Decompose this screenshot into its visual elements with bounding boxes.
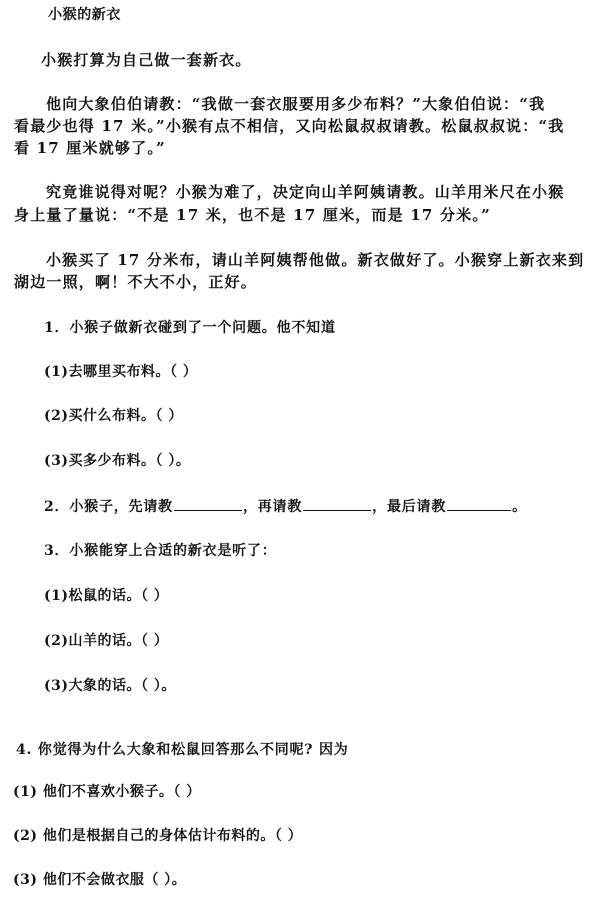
question-3-option-2: (2)山羊的话。（ ） (44, 631, 168, 651)
question-2-part-4: 。 (512, 499, 527, 515)
story-paragraph-2-line-1: 他向大象伯伯请教：“我做一套衣服要用多少布料？”大象伯伯说：“我 (46, 94, 545, 114)
story-paragraph-2-line-2: 看最少也得 17 米。”小猴有点不相信，又向松鼠叔叔请教。松鼠叔叔说：“我 (14, 116, 564, 136)
question-2-part-1: 2．小猴子，先请教 (44, 499, 173, 515)
question-4-option-2: (2) 他们是根据自己的身体估计布料的。（ ） (13, 826, 302, 846)
question-1-option-3: (3)买多少布料。（ ）。 (44, 451, 190, 471)
question-1-option-2: (2)买什么布料。（ ） (44, 406, 183, 426)
question-4-option-1: (1) 他们不喜欢小猴子。（ ） (13, 782, 201, 802)
question-4-option-3: (3) 他们不会做衣服（ ）。 (13, 870, 186, 890)
question-3-option-3: (3)大象的话。（ ）。 (44, 676, 176, 696)
question-2: 2．小猴子，先请教，再请教，最后请教。 (44, 496, 527, 517)
story-paragraph-4-line-1: 小猴买了 17 分米布，请山羊阿姨帮他做。新衣做好了。小猴穿上新衣来到 (46, 250, 584, 270)
answer-blank-1[interactable] (174, 496, 242, 511)
question-3-stem: 3．小猴能穿上合适的新衣是听了： (44, 541, 277, 561)
question-1-option-1: (1)去哪里买布料。（ ） (44, 362, 197, 382)
story-paragraph-4-line-2: 湖边一照，啊！不大不小，正好。 (14, 272, 257, 292)
story-title: 小猴的新衣 (48, 5, 121, 25)
question-2-part-2: ，再请教 (243, 499, 302, 515)
question-3-option-1: (1)松鼠的话。（ ） (44, 586, 168, 606)
question-4-stem: 4. 你觉得为什么大象和松鼠回答那么不同呢? 因为 (16, 740, 349, 760)
answer-blank-3[interactable] (447, 496, 511, 511)
story-paragraph-3-line-1: 究竟谁说得对呢？小猴为难了，决定向山羊阿姨请教。山羊用米尺在小猴 (46, 182, 564, 202)
answer-blank-2[interactable] (303, 496, 371, 511)
story-paragraph-1: 小猴打算为自己做一套新衣。 (41, 50, 252, 70)
story-paragraph-2-line-3: 看 17 厘米就够了。” (14, 138, 166, 158)
question-2-part-3: ，最后请教 (372, 499, 446, 515)
story-paragraph-3-line-2: 身上量了量说：“不是 17 米，也不是 17 厘米，而是 17 分米。” (14, 205, 491, 225)
question-1-stem: 1．小猴子做新衣碰到了一个问题。他不知道 (44, 318, 336, 338)
